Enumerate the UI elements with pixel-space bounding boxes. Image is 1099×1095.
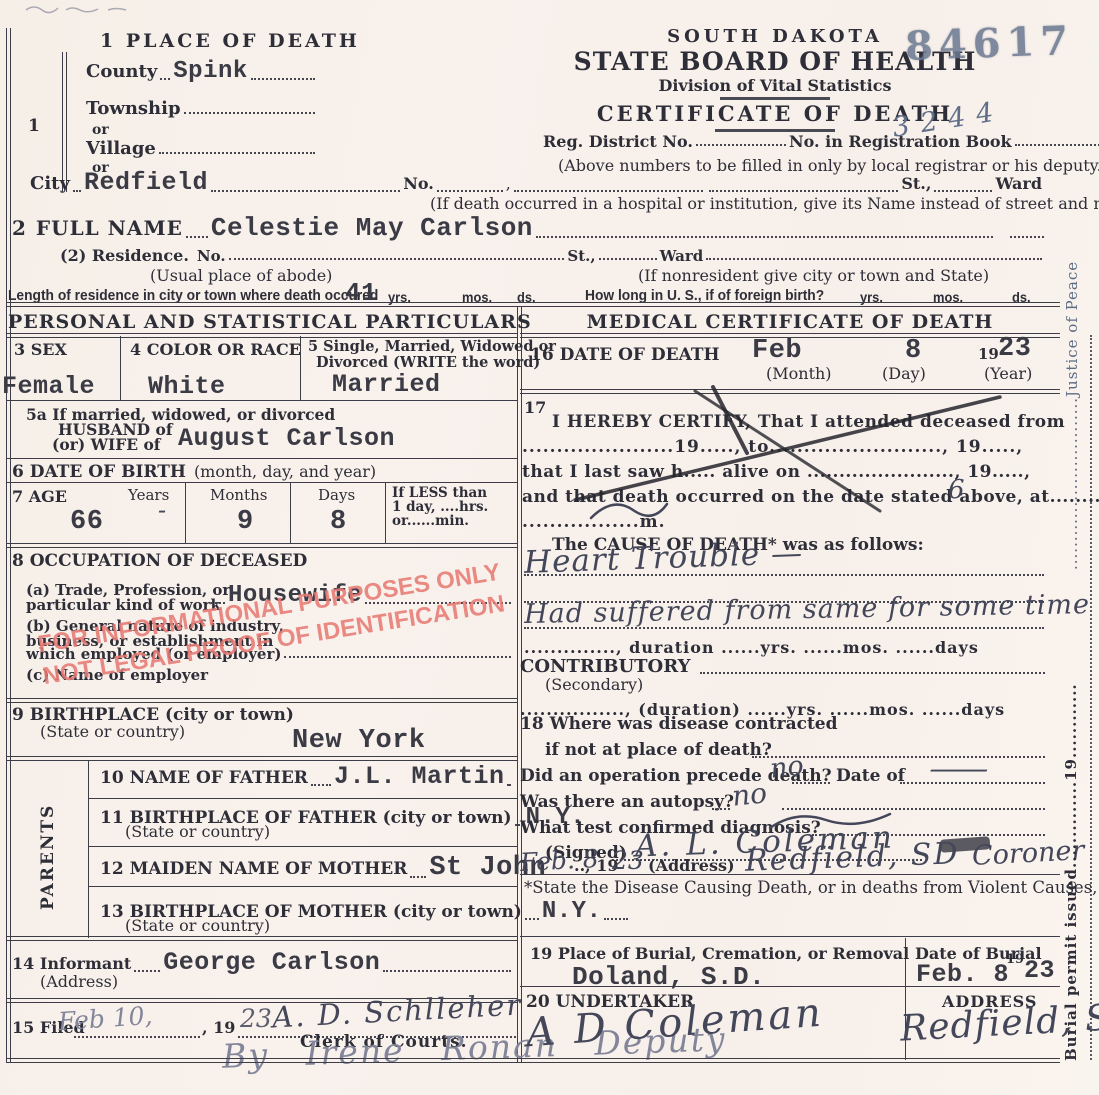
mother-row: 12 MAIDEN NAME OF MOTHER St John <box>100 853 514 883</box>
abode-note: (Usual place of abode) <box>150 266 332 285</box>
dob-sub-label: (month, day, and year) <box>194 462 376 481</box>
mother-birthplace-value: N.Y. <box>542 898 602 925</box>
age-days-value: 8 <box>330 507 347 537</box>
village-label: Village <box>86 138 156 159</box>
husband-value: August Carlson <box>178 424 395 453</box>
leader <box>604 916 628 920</box>
rule <box>88 846 518 847</box>
date-of-death-label: 16 DATE OF DEATH <box>530 345 720 365</box>
leader <box>160 76 170 80</box>
street-no-label: No. <box>403 174 434 193</box>
residence-ward-label: Ward <box>660 247 704 265</box>
leader <box>74 1036 200 1038</box>
rule <box>520 936 1060 937</box>
printed-19: 19 <box>1006 952 1024 967</box>
race-label: 4 COLOR OR RACE <box>130 340 301 359</box>
age-label: 7 AGE <box>12 487 67 506</box>
cell-rule <box>290 482 291 543</box>
wife-label: (or) WIFE of <box>52 435 160 454</box>
death-certificate-sheet: 1 PLACE OF DEATH 1 County Spink Township… <box>0 0 1099 1095</box>
rule <box>520 874 1060 875</box>
leader <box>514 188 703 192</box>
address-label: (Address) <box>648 856 735 875</box>
item-number-2: 2 <box>12 216 26 240</box>
rule <box>6 936 518 941</box>
cell-rule <box>385 482 386 543</box>
physician-address-handwritten: Redfield, SD <box>744 836 960 878</box>
violent-death-footnote: *State the Disease Causing Death, or in … <box>524 878 1050 897</box>
race-value: White <box>148 372 226 401</box>
township-label: Township <box>86 98 181 119</box>
state-or-country-label: (State or country) <box>125 822 270 841</box>
marital-value: Married <box>332 370 441 399</box>
division-name: Division of Vital Statistics <box>545 76 1005 95</box>
rule <box>520 986 1060 987</box>
personal-section-title: PERSONAL AND STATISTICAL PARTICULARS <box>8 311 518 333</box>
or-label: or <box>92 122 109 138</box>
sex-value: Female <box>2 372 95 401</box>
leader <box>792 782 830 784</box>
leader <box>437 188 503 192</box>
full-name-row: 2 FULL NAME Celestie May Carlson <box>12 213 1047 243</box>
mother-label: 12 MAIDEN NAME OF MOTHER <box>100 859 407 879</box>
birthplace-sub-label: (State or country) <box>40 722 185 741</box>
parents-label: PARENTS <box>38 792 58 910</box>
rule <box>88 886 518 887</box>
township-row: Township <box>86 98 318 119</box>
rule <box>6 482 518 483</box>
birthplace-value: New York <box>292 726 426 756</box>
residence-row: (2) Residence. No. St., Ward <box>60 246 1045 265</box>
date-dash-handwritten: — <box>928 752 990 785</box>
pencil-scribble <box>22 2 142 16</box>
dob-label: 6 DATE OF BIRTH <box>12 462 186 482</box>
village-row: Village <box>86 138 318 159</box>
informant-value: George Carlson <box>163 948 380 977</box>
leader <box>229 256 565 260</box>
place-of-burial-label: 19 Place of Burial, Cremation, or Remova… <box>530 944 909 963</box>
state-or-country-label: (State or country) <box>125 916 270 935</box>
leader <box>1015 142 1099 146</box>
sex-label: 3 SEX <box>14 340 67 359</box>
leader <box>712 808 730 810</box>
leader <box>311 782 331 786</box>
county-row: County Spink <box>86 58 318 85</box>
leader <box>709 188 898 192</box>
leader <box>599 256 657 260</box>
date-of-burial-year: 23 <box>1024 956 1055 985</box>
burial-permit-margin-text: Burial permit issued..............19....… <box>1062 596 1080 1061</box>
leader <box>1010 234 1044 238</box>
leader <box>525 916 539 920</box>
handwritten-squiggle <box>585 494 675 524</box>
operation-date-label: Date of <box>836 766 905 786</box>
month-sub-label: (Month) <box>766 364 832 383</box>
leader <box>251 76 315 80</box>
header-divider <box>720 97 830 100</box>
county-label: County <box>86 61 157 82</box>
leader <box>700 672 1045 674</box>
registration-row: Reg. District No. No. in Registration Bo… <box>543 132 1048 151</box>
age-years-value: 66 <box>70 507 103 537</box>
place-of-death-title: 1 PLACE OF DEATH <box>100 30 360 52</box>
age-days-header: Days <box>318 486 355 504</box>
leader <box>706 256 1042 260</box>
rule <box>6 400 518 401</box>
father-label: 10 NAME OF FATHER <box>100 768 308 788</box>
father-row: 10 NAME OF FATHER J.L. Martin <box>100 762 514 791</box>
autopsy-answer-handwritten: no <box>730 776 768 812</box>
column-divider-rule <box>517 306 522 1063</box>
place-of-burial-value: Doland, S.D. <box>572 962 765 992</box>
item-number-1: 1 <box>28 116 40 136</box>
secondary-label: (Secondary) <box>545 675 643 694</box>
certificate-number-stamp: 84617 <box>904 17 1075 70</box>
section-rule <box>6 302 1060 307</box>
medical-section-title: MEDICAL CERTIFICATE OF DEATH <box>520 311 1060 333</box>
rule <box>6 756 518 761</box>
printed-19: 19 <box>978 345 999 363</box>
date-of-death-month: Feb <box>752 336 802 366</box>
informant-address-label: (Address) <box>40 972 118 991</box>
leader <box>536 234 993 238</box>
leader <box>211 188 400 192</box>
leader <box>73 188 81 192</box>
father-value: J.L. Martin <box>334 762 505 791</box>
hospital-note: (If death occurred in a hospital or inst… <box>430 194 1070 213</box>
informant-label: 14 Informant <box>12 954 131 973</box>
date-of-death-day: 8 <box>905 336 922 366</box>
day-sub-label: (Day) <box>882 364 926 383</box>
duration-line: .............., duration ......yrs. ....… <box>524 638 979 657</box>
residence-st-label: St., <box>567 247 595 265</box>
date-of-burial-value: Feb. 8 <box>916 960 1009 989</box>
occupation-label: 8 OCCUPATION OF DECEASED <box>12 551 307 571</box>
residence-label: (2) Residence. <box>60 246 189 265</box>
cell-rule <box>185 482 186 543</box>
residence-no-label: No. <box>197 247 226 265</box>
reg-district-label: Reg. District No. <box>543 132 693 151</box>
age-months-value: 9 <box>237 507 254 537</box>
age-less-note: or......min. <box>392 513 469 529</box>
justice-of-peace-margin-text: ..............................Justice of… <box>1063 55 1081 570</box>
rule <box>88 798 518 799</box>
county-value: Spink <box>173 58 248 85</box>
not-at-place-label: if not at place of death? <box>545 740 772 760</box>
leader <box>507 782 511 786</box>
year-sub-label: (Year) <box>984 364 1032 383</box>
right-dotted-rule <box>1090 335 1092 1060</box>
marital-label: Divorced (WRITE the word) <box>316 354 540 371</box>
comma: , <box>506 174 511 193</box>
ward-label: Ward <box>995 174 1042 193</box>
signed-year-handwritten: 23 <box>612 846 644 875</box>
leader <box>284 654 511 658</box>
nonresident-note: (If nonresident give city or town and St… <box>638 266 989 285</box>
contributory-label: CONTRIBUTORY <box>520 656 690 677</box>
cause-note-handwritten: Had suffered from same for some time <box>524 589 1090 630</box>
st-label: St., <box>901 174 931 193</box>
city-label: City <box>30 173 70 194</box>
registration-note: (Above numbers to be filled in only by l… <box>558 156 1099 175</box>
full-name-label: FULL NAME <box>36 216 183 240</box>
leader <box>186 234 208 238</box>
city-value: Redfield <box>84 168 208 197</box>
autopsy-label: Was there an autopsy? <box>520 792 734 812</box>
filed-19-printed: , 19 <box>202 1018 235 1037</box>
leader <box>184 110 315 114</box>
disease-contracted-label: 18 Where was disease contracted <box>520 714 838 734</box>
rule <box>6 458 518 459</box>
leader <box>159 150 315 154</box>
leader <box>383 968 511 972</box>
rule <box>6 698 518 703</box>
full-name-value: Celestie May Carlson <box>211 213 533 243</box>
age-months-header: Months <box>210 486 267 504</box>
parents-gutter-rule <box>88 760 89 938</box>
operation-answer-handwritten: no <box>768 750 805 784</box>
bottom-rule <box>6 1058 1060 1063</box>
date-of-death-year: 23 <box>998 334 1031 364</box>
filed-date-handwritten: Feb 10, <box>57 1001 153 1037</box>
rule <box>6 543 518 548</box>
leader <box>934 188 992 192</box>
leader <box>134 968 160 972</box>
cell-rule <box>120 336 121 400</box>
age-dash-mark: - <box>158 496 166 524</box>
leader <box>410 874 426 878</box>
item-number-17: 17 <box>524 398 546 417</box>
marital-label: 5 Single, Married, Widowed or <box>308 338 556 355</box>
leader <box>696 142 786 146</box>
dob-row: 6 DATE OF BIRTH (month, day, and year) <box>12 462 376 482</box>
filed-year-handwritten: 23 <box>240 1004 272 1033</box>
